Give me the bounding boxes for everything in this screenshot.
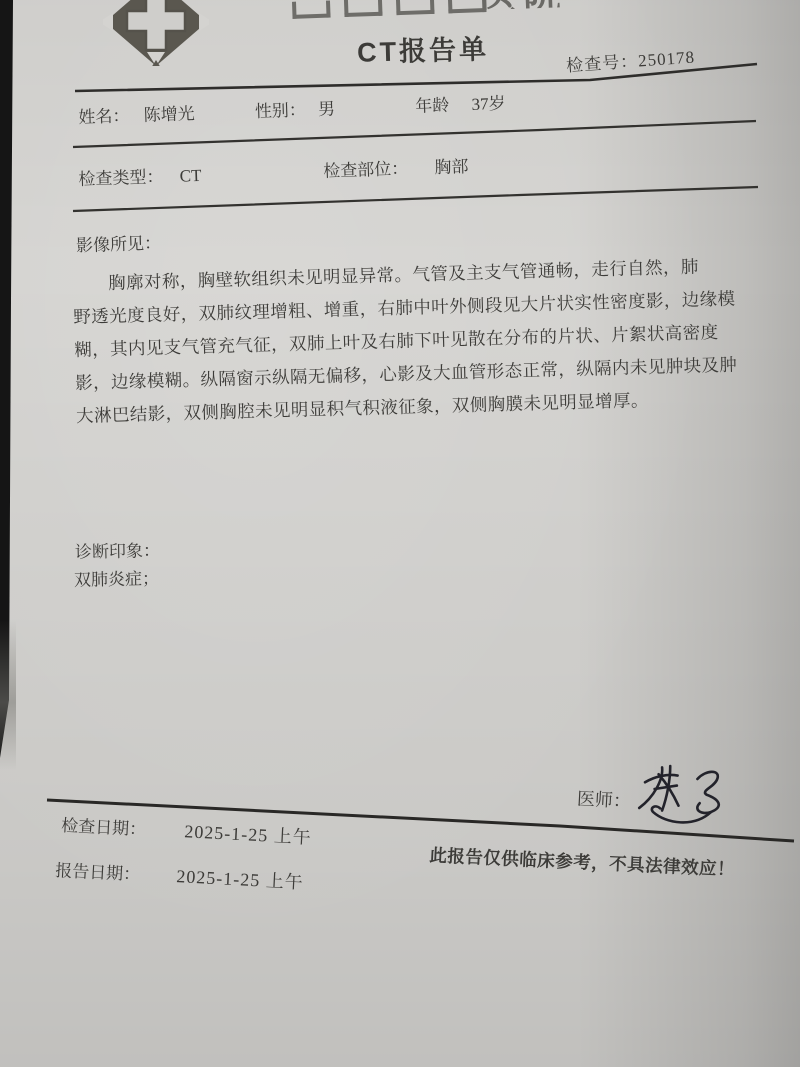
exam-number-label: 检查号：: [566, 51, 639, 75]
report-date-label: 报告日期：: [55, 861, 141, 884]
impression-heading: 诊断印象：: [75, 536, 161, 563]
physician-label: 医师：: [576, 785, 631, 814]
exam-type-value: CT: [179, 166, 201, 186]
report-title: CT报告单: [357, 27, 490, 69]
impression-text: 双肺炎症；: [74, 564, 160, 591]
name-value: 陈增光: [143, 104, 195, 125]
age-label: 年龄: [415, 96, 450, 116]
exam-date-label: 检查日期：: [61, 816, 147, 839]
exam-site-value: 胸部: [434, 157, 469, 177]
findings-heading: 影像所见：: [76, 229, 162, 257]
exam-number-value: 250178: [637, 48, 695, 71]
age-value: 37岁: [471, 94, 506, 114]
hospital-logo: [103, 0, 209, 66]
findings-text: 胸廓对称，胸壁软组织未见明显异常。气管及主支气管通畅，走行自然，肺 野透光度良好…: [72, 248, 782, 433]
exam-date-value: 2025-1-25 上午: [184, 821, 312, 847]
paper-edge-shadow: [0, 620, 16, 770]
medical-cross-logo-icon: [103, 0, 209, 66]
ct-report-photo: 医院 CT报告单 检查号：250178 姓名： 陈增光 性别： 男 年龄 37岁…: [0, 0, 800, 1067]
doctor-signature: [628, 757, 768, 840]
gender-value: 男: [318, 99, 336, 119]
exam-type-label: 检查类型：: [78, 167, 164, 189]
report-date-value: 2025-1-25 上午: [176, 866, 304, 892]
name-label: 姓名：: [78, 106, 130, 127]
gender-label: 性别：: [255, 100, 307, 121]
exam-site-label: 检查部位：: [323, 159, 409, 181]
